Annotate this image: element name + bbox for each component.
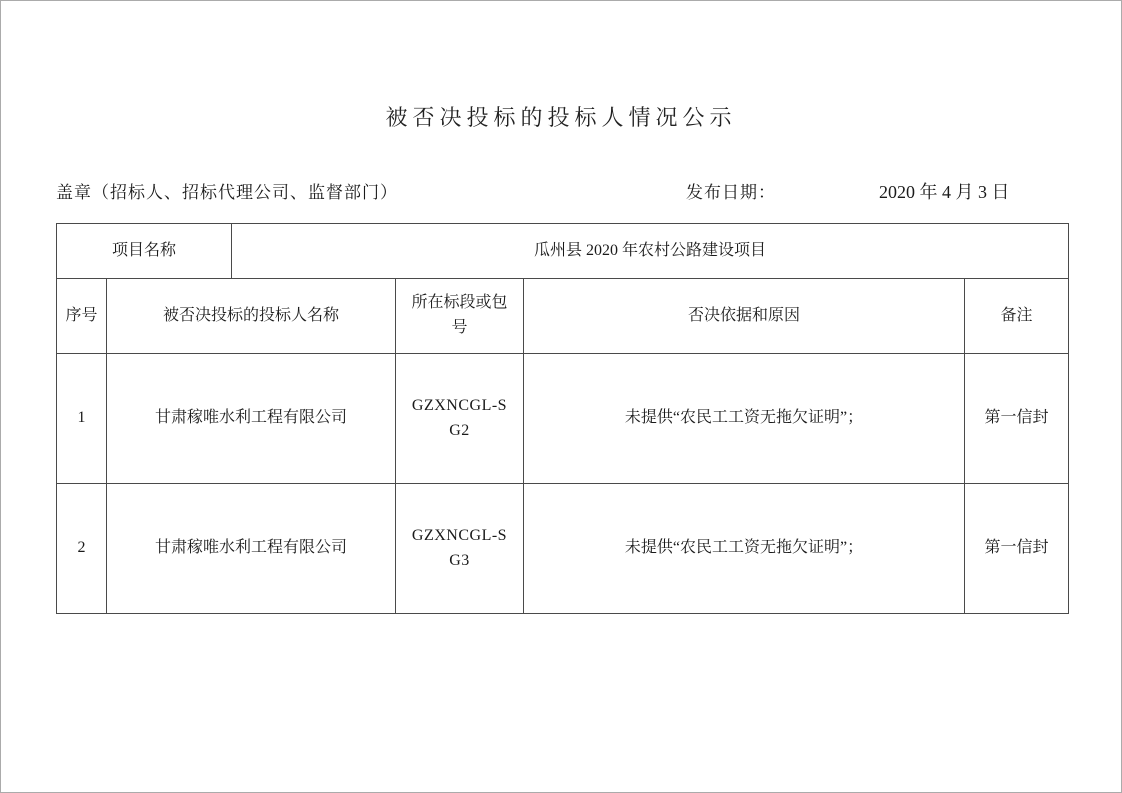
cell-bidder: 甘肃稼唯水利工程有限公司 [107,354,396,484]
table-row: 2 甘肃稼唯水利工程有限公司 GZXNCGL-SG3 未提供“农民工工资无拖欠证… [57,484,1069,614]
cell-section: GZXNCGL-SG2 [396,354,524,484]
stamp-line: 盖章（招标人、招标代理公司、监督部门） [56,178,398,203]
cell-reason: 未提供“农民工工资无拖欠证明”； [524,354,965,484]
column-header-remark: 备注 [965,279,1069,354]
table-row: 1 甘肃稼唯水利工程有限公司 GZXNCGL-SG2 未提供“农民工工资无拖欠证… [57,354,1069,484]
document-page: 被否决投标的投标人情况公示 盖章（招标人、招标代理公司、监督部门） 发布日期： … [0,0,1122,793]
column-header-reason: 否决依据和原因 [524,279,965,354]
rejected-bidders-table: 序号 被否决投标的投标人名称 所在标段或包号 否决依据和原因 备注 1 甘肃稼唯… [56,278,1069,614]
meta-row: 盖章（招标人、招标代理公司、监督部门） 发布日期： 2020 年 4 月 3 日 [1,178,1121,204]
column-header-section: 所在标段或包号 [396,279,524,354]
column-header-index: 序号 [57,279,107,354]
cell-index: 1 [57,354,107,484]
column-header-bidder: 被否决投标的投标人名称 [107,279,396,354]
project-name-table: 项目名称 瓜州县 2020 年农村公路建设项目 [56,223,1069,279]
publish-date-value: 2020 年 4 月 3 日 [879,178,1010,204]
table-header-row: 序号 被否决投标的投标人名称 所在标段或包号 否决依据和原因 备注 [57,279,1069,354]
cell-bidder: 甘肃稼唯水利工程有限公司 [107,484,396,614]
publish-date-label: 发布日期： [686,178,776,203]
document-title: 被否决投标的投标人情况公示 [1,1,1121,132]
cell-reason: 未提供“农民工工资无拖欠证明”； [524,484,965,614]
cell-remark: 第一信封 [965,354,1069,484]
cell-index: 2 [57,484,107,614]
cell-remark: 第一信封 [965,484,1069,614]
project-name-label: 项目名称 [57,224,232,279]
cell-section: GZXNCGL-SG3 [396,484,524,614]
project-name-row: 项目名称 瓜州县 2020 年农村公路建设项目 [57,224,1069,279]
project-name-value: 瓜州县 2020 年农村公路建设项目 [232,224,1069,279]
